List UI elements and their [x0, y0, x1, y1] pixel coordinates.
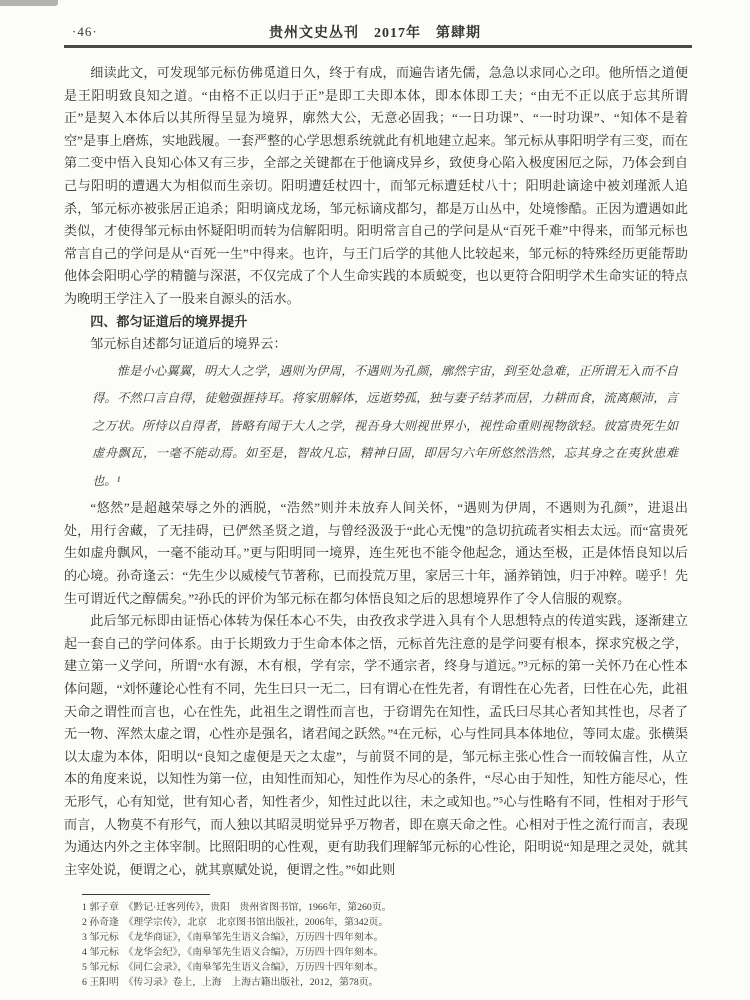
quote-intro: 邹元标自述都匀证道后的境界云： [64, 333, 688, 356]
footnote-separator [82, 894, 210, 895]
paragraph-1: 细读此文，可发现邹元标仿佛觅道日久，终于有成，而遍告诸先儒，急急以求同心之印。他… [64, 62, 688, 311]
scan-artifact-smudge [0, 0, 58, 6]
block-quote: 惟是小心翼翼，明大人之学，遇则为伊周，不遇则为孔颜，廓然宇宙，到至处急难，正所谓… [92, 358, 678, 496]
footnote-1: 1 郭子章 《黔记·迁客列传》，贵阳 贵州省图书馆，1966年，第260页。 [82, 900, 688, 915]
footnote-4: 4 邹元标 《龙华会纪》，《南皋邹先生语义合编》，万历四十四年刻本。 [82, 945, 688, 960]
journal-header-title: 贵州文史丛刊 2017年 第肆期 [0, 22, 750, 42]
footnote-2: 2 孙奇逢 《理学宗传》，北京 北京图书馆出版社，2006年，第342页。 [82, 915, 688, 930]
scanned-journal-page: ·46· 贵州文史丛刊 2017年 第肆期 细读此文，可发现邹元标仿佛觅道日久，… [0, 0, 750, 1000]
header-rule [64, 45, 692, 48]
footnote-5: 5 邹元标 《同仁会录》，《南皋邹先生语义合编》，万历四十四年刻本。 [82, 960, 688, 975]
section-heading: 四、都匀证道后的境界提升 [64, 311, 688, 334]
paragraph-4: 此后邹元标即由证悟心体转为保任本心不失，由孜孜求学进入具有个人思想特点的传道实践… [64, 610, 688, 881]
footnotes: 1 郭子章 《黔记·迁客列传》，贵阳 贵州省图书馆，1966年，第260页。 2… [82, 900, 688, 990]
article-body: 细读此文，可发现邹元标仿佛觅道日久，终于有成，而遍告诸先儒，急急以求同心之印。他… [64, 62, 688, 990]
footnote-6: 6 王阳明 《传习录》卷上，上海 上海古籍出版社，2012，第78页。 [82, 975, 688, 990]
paragraph-3: “悠然”是超越荣辱之外的洒脱，“浩然”则并未放弃人间关怀，“遇则为伊周，不遇则为… [64, 497, 688, 610]
footnote-3: 3 邹元标 《龙华商证》，《南皋邹先生语义合编》，万历四十四年刻本。 [82, 930, 688, 945]
